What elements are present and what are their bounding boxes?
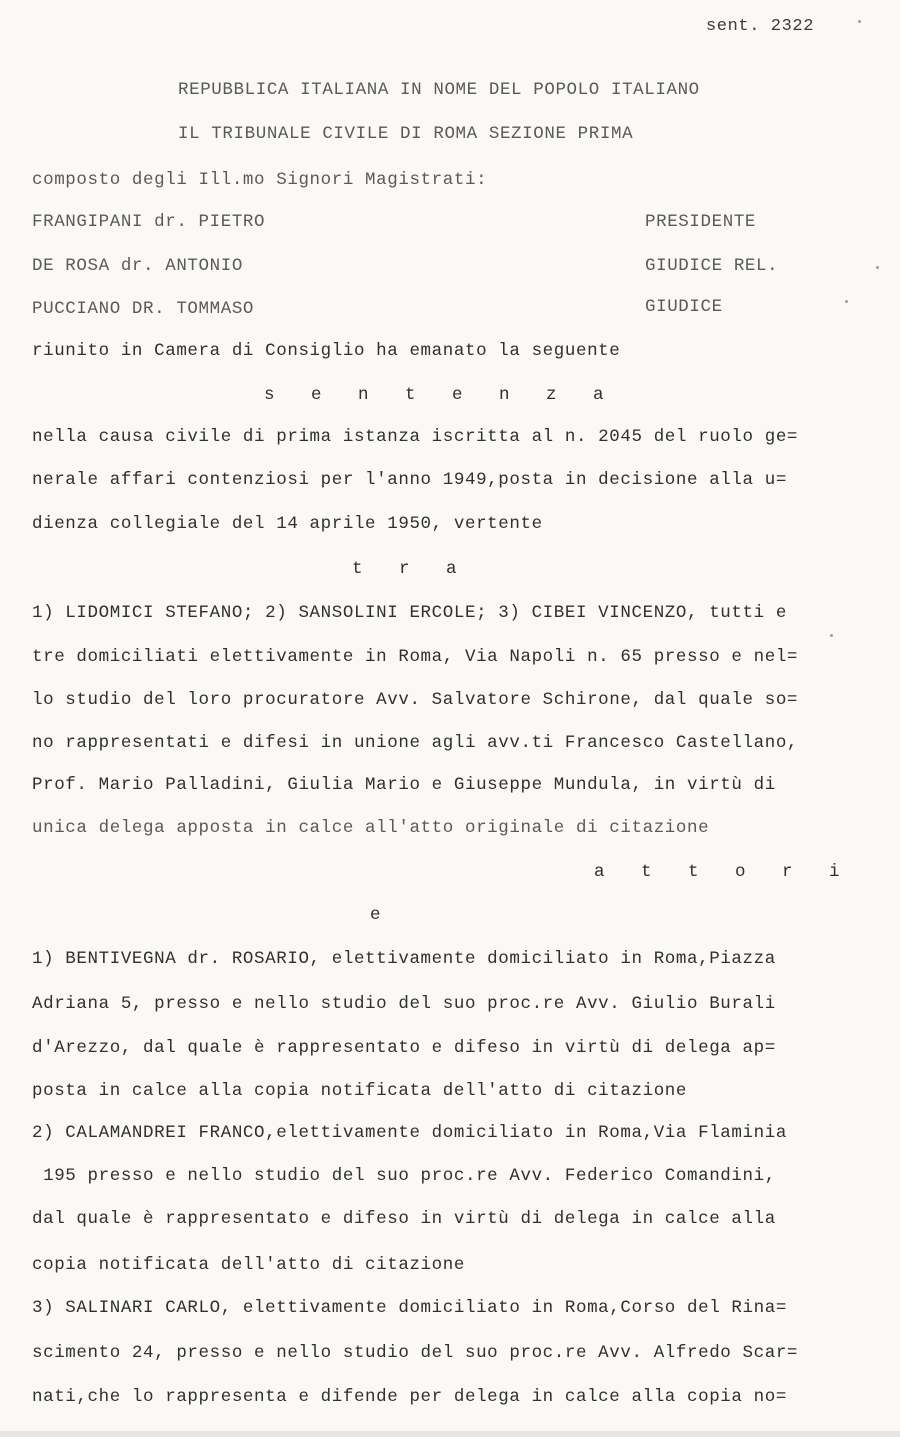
defendant-2-line-4: copia notificata dell'atto di citazione <box>32 1257 465 1275</box>
defendant-3-line-3: nati,che lo rappresenta e difende per de… <box>32 1389 787 1407</box>
defendant-1-line-2: Adriana 5, presso e nello studio del suo… <box>32 996 776 1014</box>
case-line-2: nerale affari contenziosi per l'anno 194… <box>32 472 787 490</box>
plaintiffs-line-3: lo studio del loro procuratore Avv. Salv… <box>32 692 798 710</box>
header-tribunal-line: IL TRIBUNALE CIVILE DI ROMA SEZIONE PRIM… <box>178 126 633 144</box>
plaintiffs-line-5: Prof. Mario Palladini, Giulia Mario e Gi… <box>32 777 776 795</box>
scan-speck <box>876 266 879 269</box>
tra-heading: t r a <box>352 561 470 579</box>
plaintiffs-line-4: no rappresentati e difesi in unione agli… <box>32 735 798 753</box>
judge-name-3: PUCCIANO DR. TOMMASO <box>32 301 254 319</box>
defendant-3-line-1: 3) SALINARI CARLO, elettivamente domicil… <box>32 1300 787 1318</box>
attori-heading: a t t o r i <box>594 864 853 882</box>
case-line-3: dienza collegiale del 14 aprile 1950, ve… <box>32 516 543 534</box>
plaintiffs-line-1: 1) LIDOMICI STEFANO; 2) SANSOLINI ERCOLE… <box>32 605 787 623</box>
judge-role-2: GIUDICE REL. <box>645 258 778 276</box>
defendant-3-line-2: scimento 24, presso e nello studio del s… <box>32 1345 798 1363</box>
judge-role-1: PRESIDENTE <box>645 214 756 232</box>
case-line-1: nella causa civile di prima istanza iscr… <box>32 429 798 447</box>
plaintiffs-line-2: tre domiciliati elettivamente in Roma, V… <box>32 649 798 667</box>
defendant-2-line-1: 2) CALAMANDREI FRANCO,elettivamente domi… <box>32 1125 787 1143</box>
defendant-1-line-1: 1) BENTIVEGNA dr. ROSARIO, elettivamente… <box>32 951 776 969</box>
defendant-1-line-3: d'Arezzo, dal quale è rappresentato e di… <box>32 1040 776 1058</box>
judge-role-3: GIUDICE <box>645 299 723 317</box>
scan-bottom-edge <box>0 1431 900 1437</box>
defendant-2-line-3: dal quale è rappresentato e difeso in vi… <box>32 1211 776 1229</box>
chamber-line: riunito in Camera di Consiglio ha emanat… <box>32 343 620 361</box>
judge-name-2: DE ROSA dr. ANTONIO <box>32 258 243 276</box>
scan-speck <box>858 20 861 23</box>
scan-speck <box>830 634 833 637</box>
scan-speck <box>845 300 848 303</box>
typewritten-judgment-page: sent. 2322 REPUBBLICA ITALIANA IN NOME D… <box>0 0 900 1437</box>
e-heading: e <box>370 907 381 925</box>
header-republic-line: REPUBBLICA ITALIANA IN NOME DEL POPOLO I… <box>178 82 700 100</box>
defendant-1-line-4: posta in calce alla copia notificata del… <box>32 1083 687 1101</box>
defendant-2-line-2: 195 presso e nello studio del suo proc.r… <box>32 1168 776 1186</box>
composition-intro: composto degli Ill.mo Signori Magistrati… <box>32 172 487 190</box>
plaintiffs-line-6: unica delega apposta in calce all'atto o… <box>32 820 709 838</box>
sentenza-heading: s e n t e n z a <box>264 387 617 405</box>
sentence-reference-number: sent. 2322 <box>706 18 814 35</box>
judge-name-1: FRANGIPANI dr. PIETRO <box>32 214 265 232</box>
